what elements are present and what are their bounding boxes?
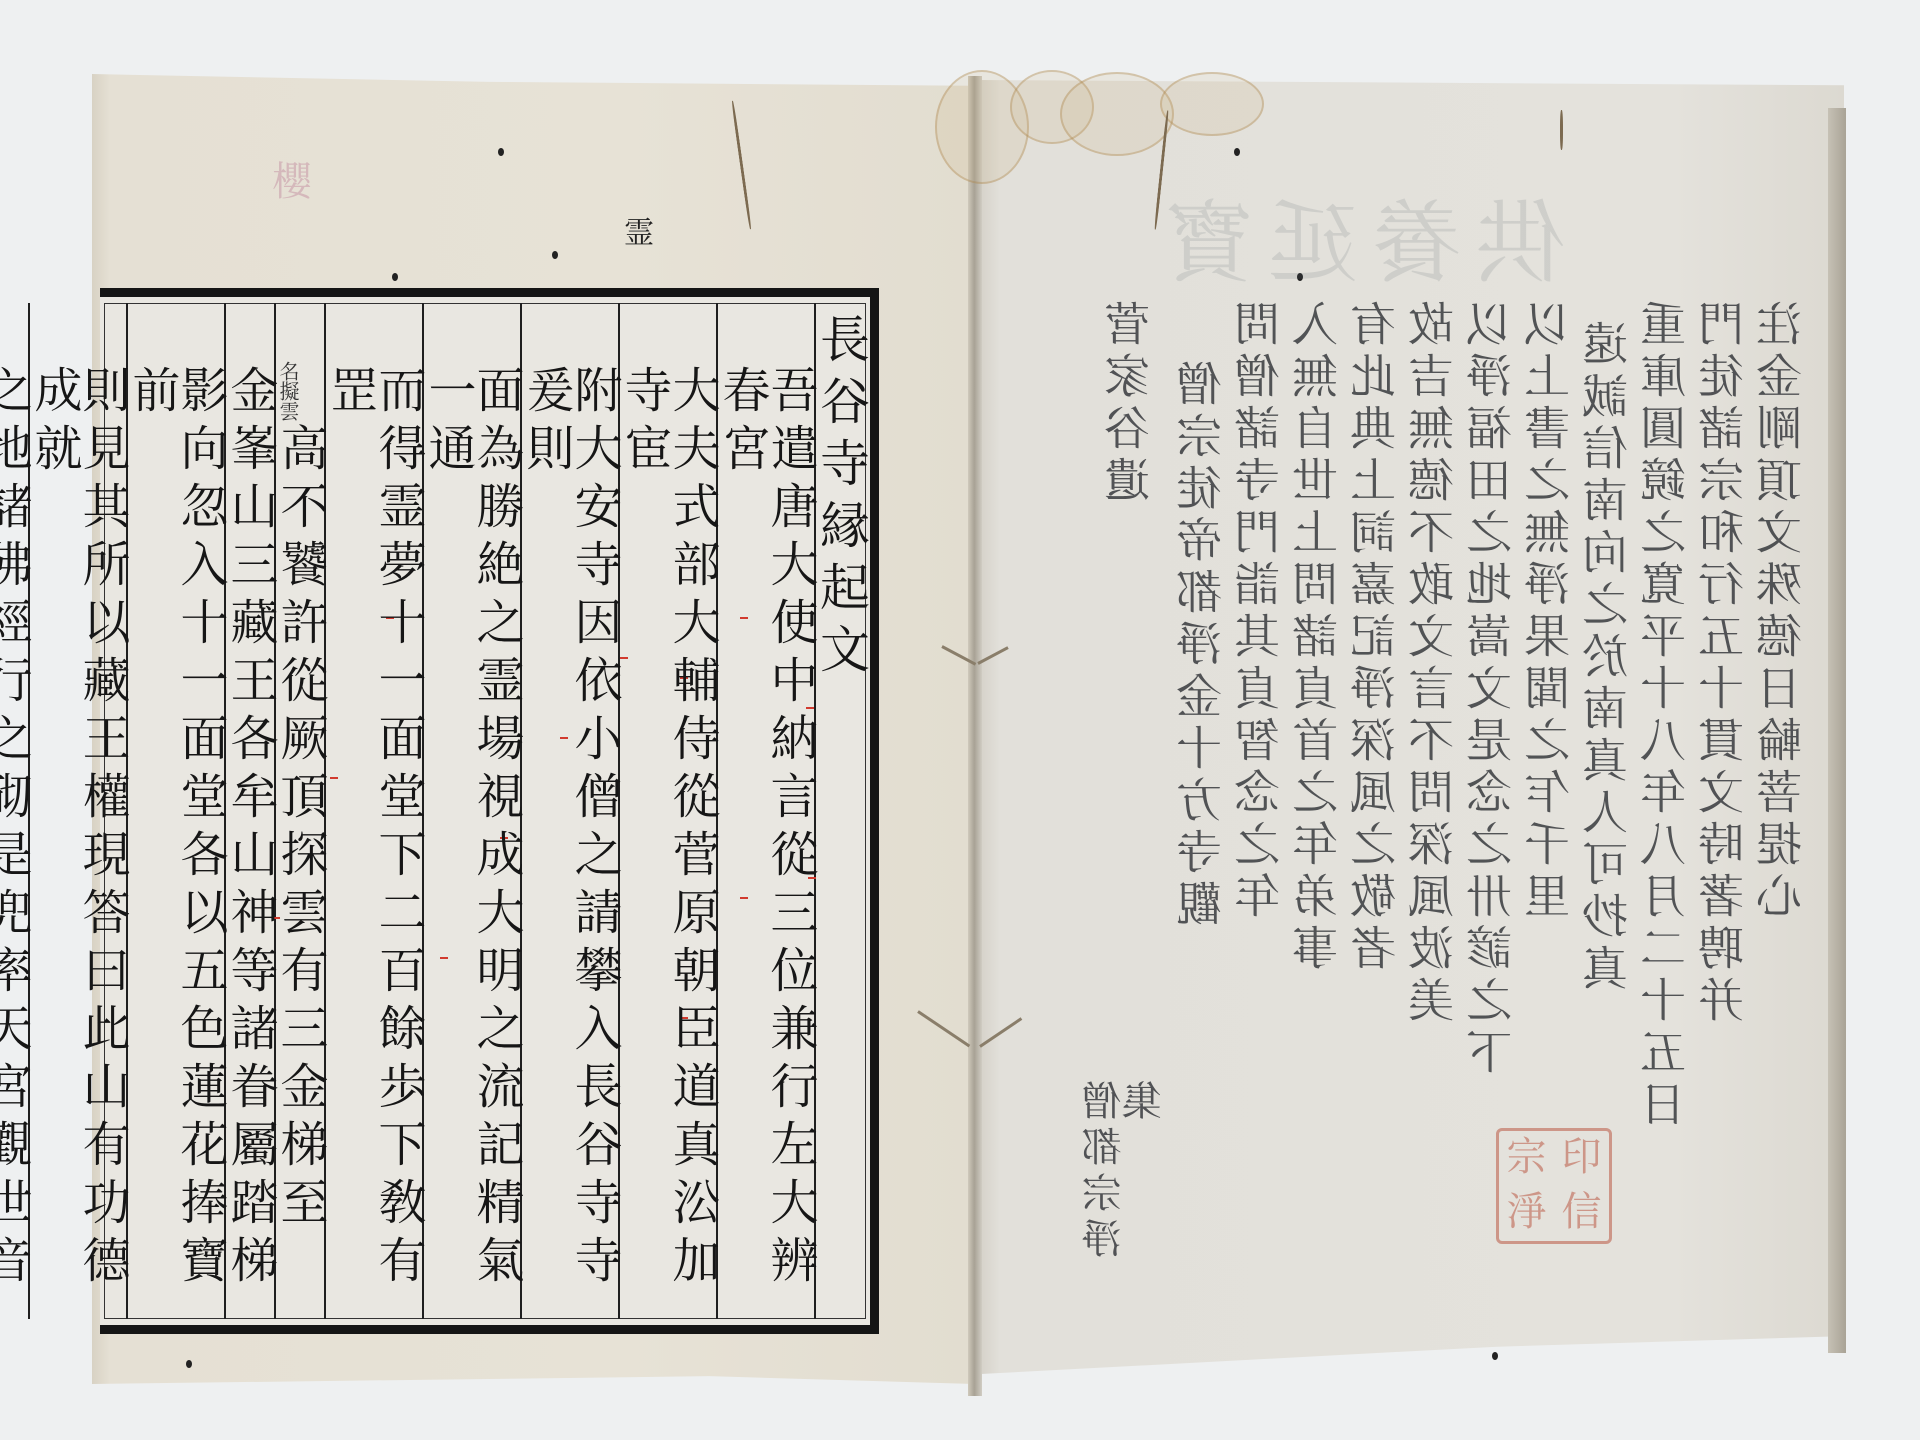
folio-mark: 霊: [624, 208, 654, 252]
bleed-line: 遠誠信南向之於南真人可抄真: [1585, 320, 1631, 996]
column-2: 大夫式部大輔侍從菅原朝臣道真㳂加寺宦: [618, 303, 716, 1319]
column-10: 之地諸佛經行之砌是兜率天宮觀世音院也: [0, 303, 28, 1319]
bleed-line: 重庫圓鏡之寬平十八年八月二十五日: [1643, 300, 1689, 1132]
body-line: 大夫式部大輔侍從菅原朝臣道真㳂加寺宦: [620, 365, 716, 1319]
worm-hole: [186, 1360, 192, 1368]
bleed-line: 問僧諸寺門詣其貞智念之年: [1237, 300, 1283, 924]
column-1: 吾遣唐大使中納言從三位兼行左大辨春宮: [716, 303, 814, 1319]
body-line: 吾遣唐大使中納言從三位兼行左大辨春宮: [718, 365, 814, 1319]
body-line: 則見其所以藏王權現答曰此山有功德成就: [30, 365, 126, 1319]
column-6: 名擬雲 高不饕許從厥頂探雲有三金梯至: [274, 303, 324, 1319]
bleed-through-text: 注金剛頂文殊德日輪菩提心 門徒諸宗和行五十貫文時著聘并 重庫圓鏡之寬平十八年八月…: [1085, 300, 1805, 1280]
body-line: 之地諸佛經行之砌是兜率天宮觀世音院也: [0, 365, 28, 1319]
seal-glyph: 淨: [1499, 1186, 1554, 1241]
bleed-line: 入無自世上問諸貞首之年弟事: [1295, 300, 1341, 976]
interlinear-note: 名擬雲: [278, 361, 298, 421]
column-title: 長谷寺縁起文: [814, 303, 866, 1319]
worm-hole: [1492, 1352, 1498, 1360]
bleed-signature: 僧都宗淨集: [1085, 1080, 1165, 1280]
bleed-line: 門徒諸宗和行五十貫文時著聘并: [1701, 300, 1747, 1028]
bleed-line: 菅家谷遺: [1107, 300, 1153, 508]
bleed-line: 以淨福田之地嵩文是念之卅諺之下: [1469, 300, 1515, 1080]
water-stain: [1060, 72, 1174, 156]
water-stain: [935, 70, 1029, 184]
bleed-line: 故吉無德不敢文言不問深風波美: [1411, 300, 1457, 1028]
bleed-line: 有此典上詞嘉記淨深風之敬者: [1353, 300, 1399, 976]
bleed-line: 以上書之無淨果聞之乍千里: [1527, 300, 1573, 924]
body-line: 附大安寺因依小僧之請攀入長谷寺寺爰則: [522, 365, 618, 1319]
column-7: 金峯山三藏王各牟山神等諸眷屬踏梯: [224, 303, 274, 1319]
body-line: 金峯山三藏王各牟山神等諸眷屬踏梯: [226, 365, 274, 1293]
bleed-line: 僧宗徒帝都淨金十方寺觀: [1179, 360, 1225, 932]
water-stain: [1160, 72, 1264, 136]
binding-gutter: [968, 76, 982, 1396]
page-edge: [1828, 108, 1846, 1353]
worm-hole: [392, 273, 398, 281]
document-title: 長谷寺縁起文: [816, 313, 866, 685]
bleed-line: 注金剛頂文殊德日輪菩提心: [1759, 300, 1805, 924]
seal-glyph: 宗: [1499, 1131, 1554, 1186]
faint-stamp: 櫻: [272, 150, 312, 207]
paper-crack: [1560, 110, 1563, 150]
worm-hole: [1234, 148, 1240, 156]
column-9: 則見其所以藏王權現答曰此山有功德成就: [28, 303, 126, 1319]
red-seal: 宗 印 淨 信: [1496, 1128, 1612, 1244]
body-line: 高不饕許從厥頂探雲有三金梯至: [276, 423, 324, 1235]
bleed-through-heading: 供養延寳: [1150, 170, 1566, 300]
worm-hole: [498, 148, 504, 156]
body-line: 而得霊夢十一面堂下二百餘歩下敎有罡: [326, 365, 422, 1319]
book-spread: 櫻 霊 長谷寺縁起文 吾遣唐大使中納言從三位兼行左大辨春宮 大夫式部大輔侍從菅原…: [0, 0, 1920, 1440]
column-8: 影向忽入十一面堂各以五色蓮花捧寶前: [126, 303, 224, 1319]
text-columns: 長谷寺縁起文 吾遣唐大使中納言從三位兼行左大辨春宮 大夫式部大輔侍從菅原朝臣道真…: [110, 303, 866, 1319]
woodblock-frame: 長谷寺縁起文 吾遣唐大使中納言從三位兼行左大辨春宮 大夫式部大輔侍從菅原朝臣道真…: [100, 288, 879, 1334]
column-5: 而得霊夢十一面堂下二百餘歩下敎有罡: [324, 303, 422, 1319]
column-4: 面為勝絶之霊場視成大明之流記精氣一通: [422, 303, 520, 1319]
body-line: 面為勝絶之霊場視成大明之流記精氣一通: [424, 365, 520, 1319]
seal-glyph: 印: [1554, 1131, 1609, 1186]
body-line: 影向忽入十一面堂各以五色蓮花捧寶前: [128, 365, 224, 1319]
worm-hole: [552, 251, 558, 259]
seal-glyph: 信: [1554, 1186, 1609, 1241]
column-3: 附大安寺因依小僧之請攀入長谷寺寺爰則: [520, 303, 618, 1319]
